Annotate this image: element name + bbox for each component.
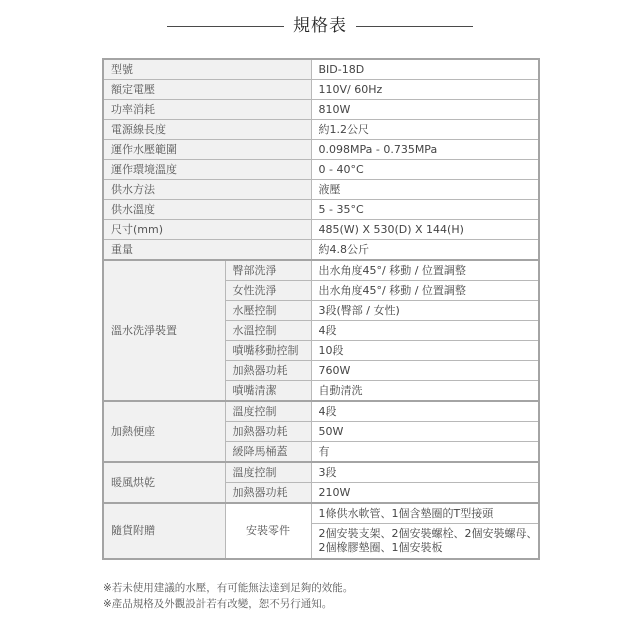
group-label-air-dry: 暖風烘乾 <box>103 462 225 503</box>
spec-value: 有 <box>311 442 539 463</box>
footnote: ※若未使用建議的水壓，有可能無法達到足夠的效能。 <box>103 580 353 596</box>
spec-value: 210W <box>311 483 539 504</box>
spec-label: 運作水壓範圍 <box>103 140 311 160</box>
spec-value: 810W <box>311 100 539 120</box>
spec-value: 485(W) X 530(D) X 144(H) <box>311 220 539 240</box>
spec-row-power: 功率消耗 810W <box>103 100 539 120</box>
page-title: 規格表 <box>293 12 347 40</box>
spec-value: 約1.2公尺 <box>311 120 539 140</box>
sub-label: 女性洗淨 <box>225 281 311 301</box>
spec-label: 電源線長度 <box>103 120 311 140</box>
spec-value: 3段 <box>311 462 539 483</box>
group-label-heated-seat: 加熱便座 <box>103 401 225 462</box>
spec-row-rated-voltage: 額定電壓 110V/ 60Hz <box>103 80 539 100</box>
spec-value: 5 - 35°C <box>311 200 539 220</box>
spec-row-model: 型號 BID-18D <box>103 59 539 80</box>
sub-label: 噴嘴清潔 <box>225 381 311 402</box>
sub-label: 水溫控制 <box>225 321 311 341</box>
spec-label: 功率消耗 <box>103 100 311 120</box>
spec-value: 4段 <box>311 321 539 341</box>
spec-row-ambient-temp: 運作環境溫度 0 - 40°C <box>103 160 539 180</box>
group-row: 溫水洗淨裝置 臀部洗淨 出水角度45°/ 移動 / 位置調整 <box>103 260 539 281</box>
sub-label: 加熱器功耗 <box>225 483 311 504</box>
spec-value: BID-18D <box>311 59 539 80</box>
group-row: 隨貨附贈 安裝零件 1條供水軟管、1個含墊圈的T型接頭 <box>103 503 539 524</box>
spec-value: 0.098MPa - 0.735MPa <box>311 140 539 160</box>
spec-value: 出水角度45°/ 移動 / 位置調整 <box>311 281 539 301</box>
spec-value: 4段 <box>311 401 539 422</box>
spec-row-water-temp: 供水溫度 5 - 35°C <box>103 200 539 220</box>
spec-label: 額定電壓 <box>103 80 311 100</box>
sub-label: 溫度控制 <box>225 462 311 483</box>
sub-label: 加熱器功耗 <box>225 361 311 381</box>
footnote: ※產品規格及外觀設計若有改變，恕不另行通知。 <box>103 596 353 612</box>
group-row: 加熱便座 溫度控制 4段 <box>103 401 539 422</box>
spec-label: 重量 <box>103 240 311 261</box>
spec-label: 運作環境溫度 <box>103 160 311 180</box>
sub-label: 加熱器功耗 <box>225 422 311 442</box>
spec-value: 約4.8公斤 <box>311 240 539 261</box>
footnotes: ※若未使用建議的水壓，有可能無法達到足夠的效能。 ※產品規格及外觀設計若有改變，… <box>103 580 353 612</box>
group-label-washing: 溫水洗淨裝置 <box>103 260 225 401</box>
sub-label: 溫度控制 <box>225 401 311 422</box>
spec-label: 供水溫度 <box>103 200 311 220</box>
spec-label: 供水方法 <box>103 180 311 200</box>
spec-row-water-pressure: 運作水壓範圍 0.098MPa - 0.735MPa <box>103 140 539 160</box>
spec-value: 760W <box>311 361 539 381</box>
spec-table: 型號 BID-18D 額定電壓 110V/ 60Hz 功率消耗 810W 電源線… <box>102 58 540 560</box>
heading-right-rule <box>356 26 473 27</box>
spec-row-dimensions: 尺寸(mm) 485(W) X 530(D) X 144(H) <box>103 220 539 240</box>
spec-value: 出水角度45°/ 移動 / 位置調整 <box>311 260 539 281</box>
group-label-accessories: 隨貨附贈 <box>103 503 225 559</box>
spec-value: 自動清洗 <box>311 381 539 402</box>
spec-label: 尺寸(mm) <box>103 220 311 240</box>
spec-value: 50W <box>311 422 539 442</box>
sub-label: 臀部洗淨 <box>225 260 311 281</box>
sub-label: 安裝零件 <box>225 503 311 559</box>
spec-value: 3段(臀部 / 女性) <box>311 301 539 321</box>
spec-row-water-supply-method: 供水方法 液壓 <box>103 180 539 200</box>
heading-left-rule <box>167 26 284 27</box>
sub-label: 緩降馬桶蓋 <box>225 442 311 463</box>
spec-value: 液壓 <box>311 180 539 200</box>
sub-label: 水壓控制 <box>225 301 311 321</box>
spec-heading: 規格表 <box>0 12 640 40</box>
spec-value: 1條供水軟管、1個含墊圈的T型接頭 <box>311 503 539 524</box>
spec-value: 10段 <box>311 341 539 361</box>
spec-value: 110V/ 60Hz <box>311 80 539 100</box>
spec-value: 2個安裝支架、2個安裝螺栓、2個安裝螺母、2個橡膠墊圈、1個安裝板 <box>311 524 539 560</box>
spec-label: 型號 <box>103 59 311 80</box>
sub-label: 噴嘴移動控制 <box>225 341 311 361</box>
group-row: 暖風烘乾 溫度控制 3段 <box>103 462 539 483</box>
spec-value: 0 - 40°C <box>311 160 539 180</box>
spec-row-weight: 重量 約4.8公斤 <box>103 240 539 261</box>
spec-row-cord-length: 電源線長度 約1.2公尺 <box>103 120 539 140</box>
